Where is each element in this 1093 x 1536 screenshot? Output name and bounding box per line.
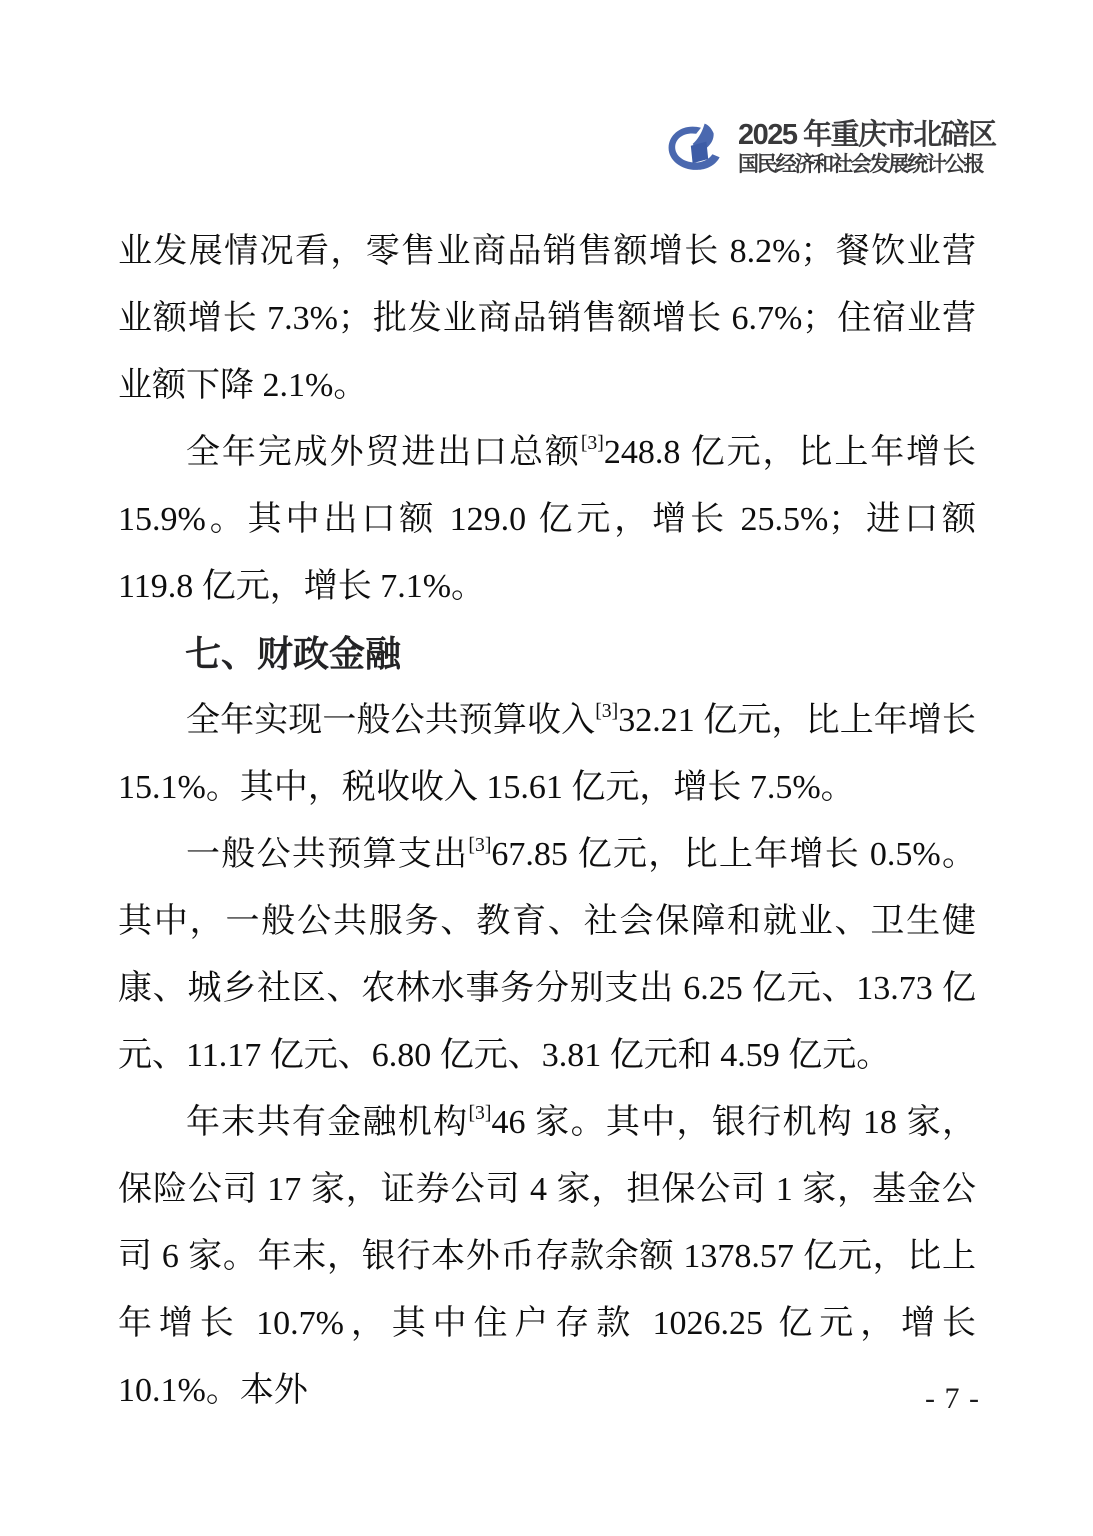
body-paragraph: 一般公共预算支出[3]67.85 亿元，比上年增长 0.5%。其中，一般公共服务… xyxy=(118,821,976,1089)
header-title-line2: 国民经济和社会发展统计公报 xyxy=(738,152,996,177)
body-paragraph: 全年实现一般公共预算收入[3]32.21 亿元，比上年增长 15.1%。其中，税… xyxy=(118,687,976,821)
footnote-ref: [3] xyxy=(468,834,491,856)
document-page: 2025 年重庆市北碚区 国民经济和社会发展统计公报 业发展情况看，零售业商品销… xyxy=(0,0,1093,1536)
page-number: - 7 - xyxy=(925,1381,980,1417)
body-paragraph: 年末共有金融机构[3]46 家。其中，银行机构 18 家，保险公司 17 家，证… xyxy=(118,1089,976,1424)
body-paragraph: 全年完成外贸进出口总额[3]248.8 亿元，比上年增长 15.9%。其中出口额… xyxy=(118,419,976,620)
section-heading: 七、财政金融 xyxy=(118,620,976,687)
footnote-ref: [3] xyxy=(595,700,618,722)
statistics-bureau-logo-icon xyxy=(665,119,725,181)
body-paragraph: 业发展情况看，零售业商品销售额增长 8.2%；餐饮业营业额增长 7.3%；批发业… xyxy=(118,218,976,419)
document-header: 2025 年重庆市北碚区 国民经济和社会发展统计公报 xyxy=(665,119,996,181)
header-title-line1: 2025 年重庆市北碚区 xyxy=(738,119,996,151)
document-body: 业发展情况看，零售业商品销售额增长 8.2%；餐饮业营业额增长 7.3%；批发业… xyxy=(118,218,976,1424)
footnote-ref: [3] xyxy=(581,432,604,454)
footnote-ref: [3] xyxy=(468,1102,491,1124)
header-titles: 2025 年重庆市北碚区 国民经济和社会发展统计公报 xyxy=(738,119,996,177)
